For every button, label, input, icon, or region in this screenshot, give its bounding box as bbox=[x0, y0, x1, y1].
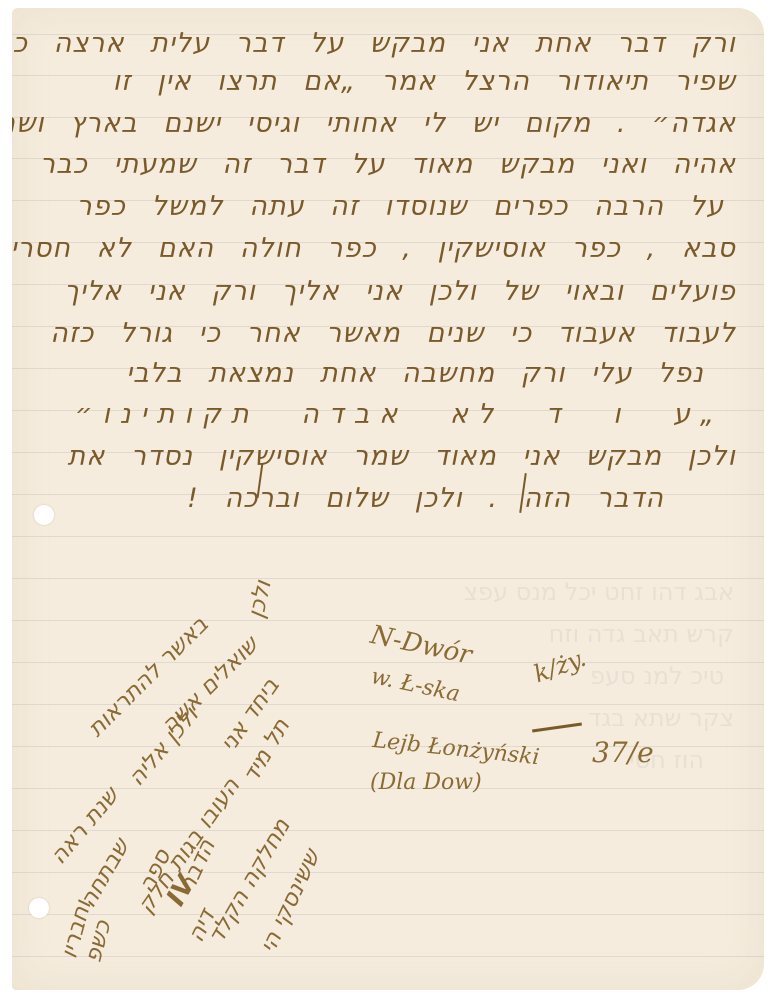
bleed-through-text: צקר שתא בגד bbox=[588, 704, 734, 732]
letter-line: אהיה ואני מבקש מאוד על דבר זה שמעתי כבר bbox=[40, 149, 736, 180]
address-line-1: N-Dwór bbox=[368, 620, 475, 671]
letter-line: פועלים ובאוי של ולכן אני אליך ורק אני אל… bbox=[64, 276, 736, 307]
ruled-line bbox=[12, 956, 764, 957]
letter-line: לעבוד אעבוד כי שנים מאשר אחר כי גורל כזה bbox=[50, 318, 736, 349]
letter-line: ולכן מבקש אני מאוד שמר אוסישקין נסדר את bbox=[68, 441, 736, 472]
letter-line: סבא , כפר אוסישקין , כפר חולה האם לא חסר… bbox=[12, 233, 736, 264]
address-number: 37/e bbox=[592, 736, 654, 769]
punch-hole bbox=[29, 898, 49, 918]
address-line-3: Lejb Łonżyński bbox=[371, 728, 540, 770]
letter-page: אבג דהו זחט יכל מנס עפצ קרש תאב גדה וזח … bbox=[12, 8, 764, 990]
address-line-2: w. Ł-ska bbox=[369, 664, 462, 707]
ruled-line bbox=[12, 872, 764, 873]
address-mark: k/ży. bbox=[530, 644, 590, 689]
letter-line: ורק דבר אחת אני מבקש על דבר עלית ארצה כפ… bbox=[12, 28, 736, 59]
ruled-line bbox=[12, 830, 764, 831]
diagonal-text: ולכן bbox=[243, 578, 276, 620]
bleed-through-text: טיכ למנ סעפ bbox=[590, 662, 724, 690]
ruled-line bbox=[12, 914, 764, 915]
letter-line: „ע ו ד לא אבדה תקותינו״ bbox=[75, 399, 724, 430]
letter-line: שפיר תיאודור הרצל אמר „אם תרצו אין זו bbox=[113, 66, 736, 97]
punch-hole bbox=[34, 505, 54, 525]
letter-line: על הרבה כפרים שנוסדו זה עתה למשל כפר bbox=[76, 191, 724, 222]
ruled-line bbox=[12, 536, 764, 537]
address-line-4: (Dla Dow) bbox=[370, 770, 482, 795]
letter-line: נפל עלי ורק מחשבה אחת נמצאת בלבי bbox=[126, 358, 704, 389]
scribble-mark bbox=[532, 723, 582, 733]
bleed-through-text: אבג דהו זחט יכל מנס עפצ bbox=[464, 578, 734, 606]
letter-line: אגדה״ . מקום יש לי אחותי וגיסי ישנם בארץ… bbox=[12, 108, 736, 139]
